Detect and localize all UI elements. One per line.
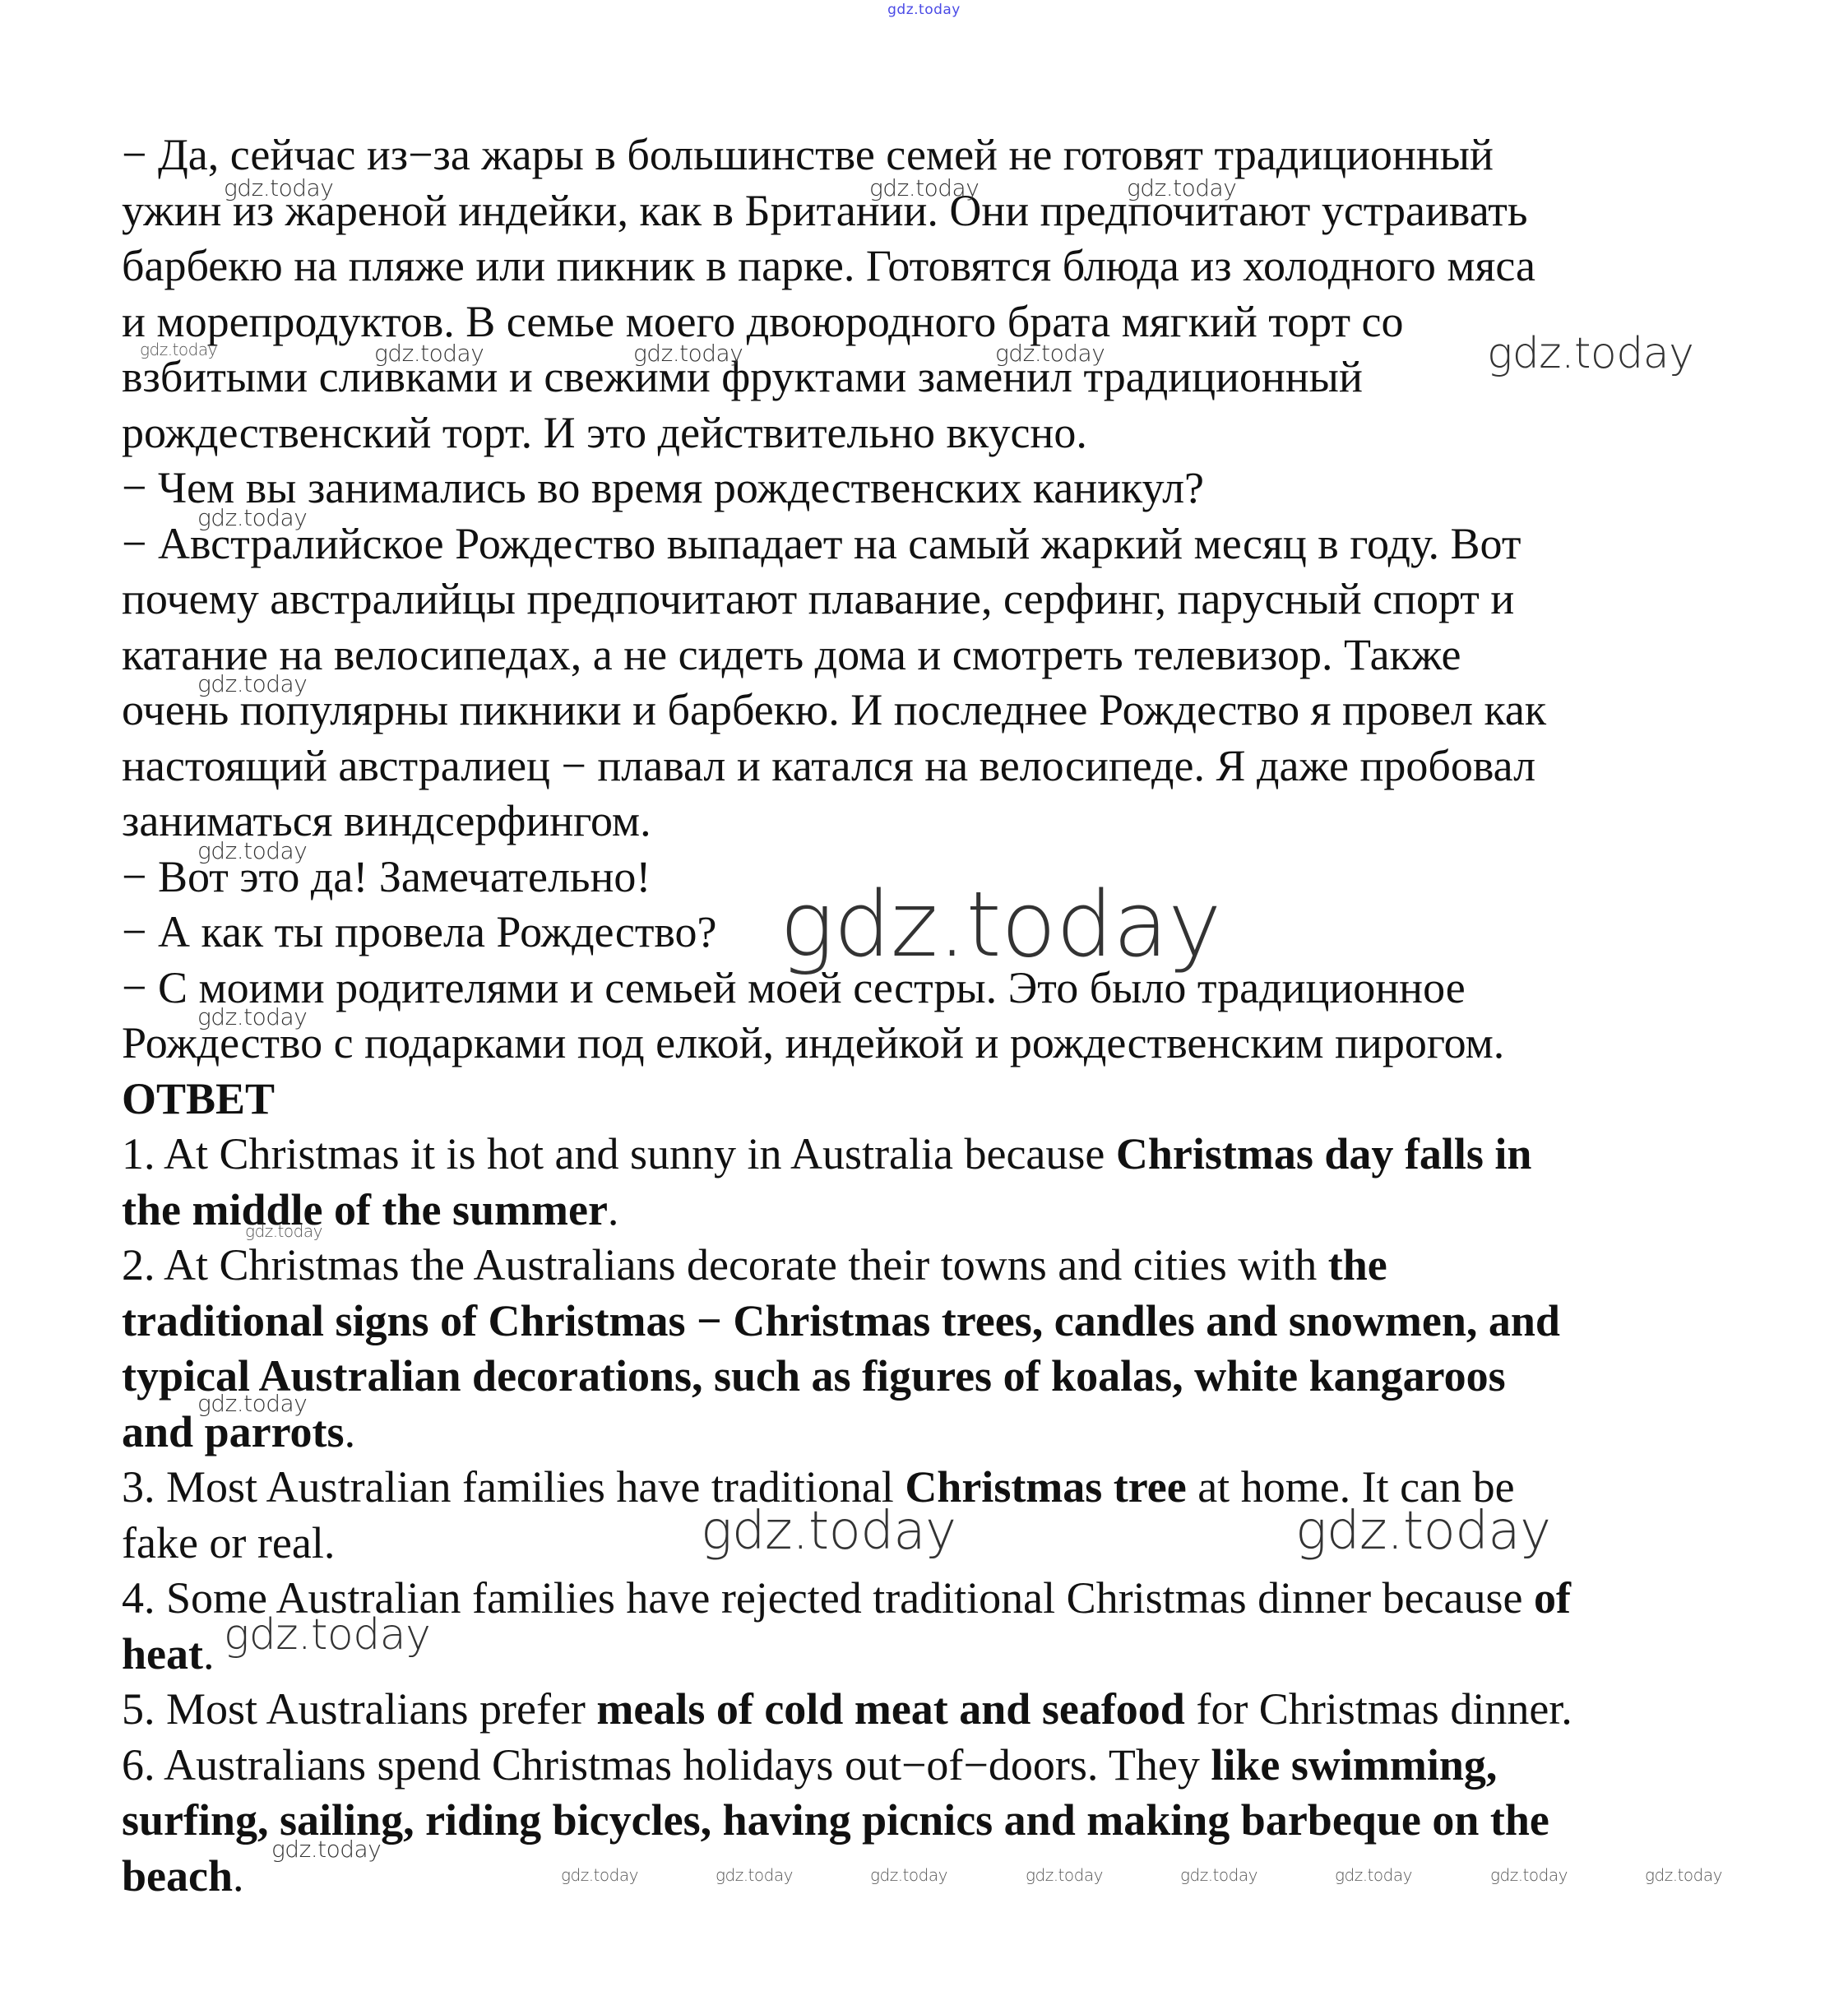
answer-line: 5. Most Australians prefer meals of cold…	[122, 1682, 1767, 1738]
watermark: gdz.today	[1487, 329, 1693, 378]
answer-text: fake or real.	[122, 1518, 335, 1567]
watermark: gdz.today	[197, 504, 307, 531]
dialogue-line: − Чем вы занимались во время рождественс…	[122, 461, 1767, 516]
watermark: gdz.today	[1645, 1865, 1722, 1885]
watermark: gdz.today	[224, 174, 333, 201]
dialogue-line: барбекю на пляже или пикник в парке. Гот…	[122, 238, 1767, 294]
answer-text: .	[233, 1851, 244, 1901]
answer-item: 1. At Christmas it is hot and sunny in A…	[122, 1127, 1767, 1238]
watermark: gdz.today	[633, 340, 743, 367]
answer-highlight: typical Australian decorations, such as …	[122, 1351, 1506, 1401]
answer-highlight: the middle of the summer	[122, 1185, 608, 1234]
watermark: gdz.today	[561, 1865, 638, 1885]
answer-text: 5. Most Australians prefer	[122, 1684, 596, 1734]
answer-text: 1. At Christmas it is hot and sunny in A…	[122, 1129, 1116, 1178]
watermark: gdz.today	[870, 1865, 947, 1885]
answer-line: typical Australian decorations, such as …	[122, 1349, 1767, 1405]
dialogue-line: − Австралийское Рождество выпадает на са…	[122, 516, 1767, 572]
answer-highlight: traditional signs of Christmas − Christm…	[122, 1296, 1560, 1345]
watermark: gdz.today	[245, 1221, 322, 1241]
watermark: gdz.today	[780, 872, 1221, 977]
watermark: gdz.today	[1026, 1865, 1103, 1885]
dialogue-line: рождественский торт. И это действительно…	[122, 405, 1767, 461]
answer-highlight: the	[1328, 1240, 1387, 1290]
answer-text: for Christmas dinner.	[1185, 1684, 1572, 1734]
answer-item: 5. Most Australians prefer meals of cold…	[122, 1682, 1767, 1738]
dialogue-line: настоящий австралиец − плавал и катался …	[122, 739, 1767, 794]
answer-line: 2. At Christmas the Australians decorate…	[122, 1238, 1767, 1294]
watermark: gdz.today	[995, 340, 1105, 367]
watermark: gdz.today	[224, 1610, 430, 1660]
watermark: gdz.today	[197, 837, 307, 864]
watermark: gdz.today	[374, 340, 484, 367]
dialogue-line: Рождество с подарками под елкой, индейко…	[122, 1016, 1767, 1072]
dialogue-line: заниматься виндсерфингом.	[122, 794, 1767, 850]
answer-highlight: Christmas day falls in	[1116, 1129, 1532, 1178]
answer-highlight: meals of cold meat and seafood	[596, 1684, 1184, 1734]
dialogue-line: катание на велосипедах, а не сидеть дома…	[122, 627, 1767, 683]
answer-text: 2. At Christmas the Australians decorate…	[122, 1240, 1328, 1290]
watermark: gdz.today	[1335, 1865, 1412, 1885]
answer-highlight: of	[1534, 1573, 1571, 1623]
answer-line: 1. At Christmas it is hot and sunny in A…	[122, 1127, 1767, 1183]
answer-highlight: heat	[122, 1629, 203, 1679]
answer-highlight: like swimming,	[1211, 1740, 1497, 1790]
watermark: gdz.today	[197, 1003, 307, 1030]
watermark: gdz.today	[197, 1390, 307, 1417]
watermark: gdz.today	[271, 1836, 381, 1863]
answer-text: 6. Australians spend Christmas holidays …	[122, 1740, 1211, 1790]
answer-heading: ОТВЕТ	[122, 1072, 1767, 1128]
watermark: gdz.today	[1490, 1865, 1568, 1885]
watermark: gdz.today	[140, 340, 217, 359]
answer-line: 6. Australians spend Christmas holidays …	[122, 1738, 1767, 1794]
watermark: gdz.today	[197, 670, 307, 697]
page-header-watermark: gdz.today	[0, 2, 1848, 18]
dialogue-line: очень популярны пикники и барбекю. И пос…	[122, 683, 1767, 739]
watermark: gdz.today	[1127, 174, 1236, 201]
answer-item: 2. At Christmas the Australians decorate…	[122, 1238, 1767, 1460]
watermark: gdz.today	[869, 174, 979, 201]
dialogue-line: почему австралийцы предпочитают плавание…	[122, 572, 1767, 627]
answer-line: and parrots.	[122, 1405, 1767, 1461]
answer-line: the middle of the summer.	[122, 1183, 1767, 1239]
watermark: gdz.today	[716, 1865, 793, 1885]
answer-line: traditional signs of Christmas − Christm…	[122, 1294, 1767, 1350]
answer-text: .	[608, 1185, 619, 1234]
watermark: gdz.today	[1180, 1865, 1257, 1885]
answer-text: .	[345, 1407, 356, 1456]
watermark: gdz.today	[701, 1501, 956, 1562]
watermark: gdz.today	[1295, 1501, 1550, 1562]
answer-text: .	[203, 1629, 215, 1679]
answer-highlight: beach	[122, 1851, 233, 1901]
